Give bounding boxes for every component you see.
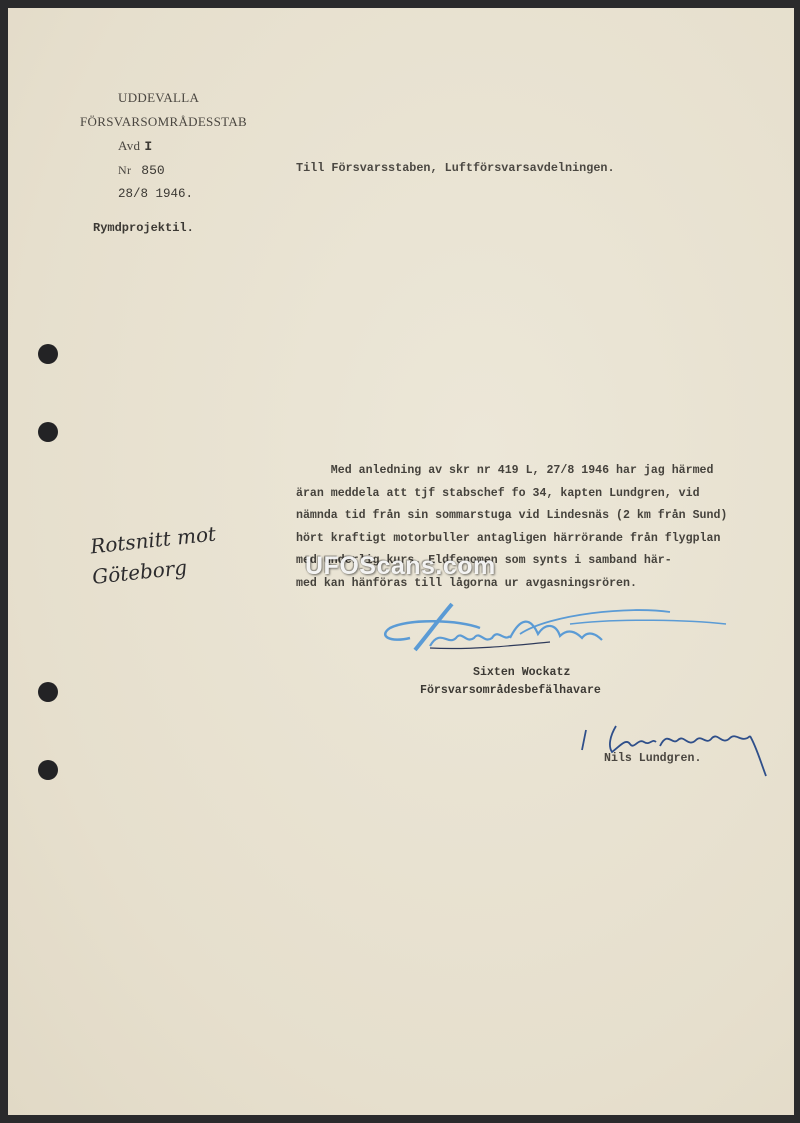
- letterhead-line1: UDDEVALLA: [118, 90, 199, 106]
- body-line: Med anledning av skr nr 419 L, 27/8 1946…: [296, 460, 727, 483]
- nr-value: 850: [141, 163, 164, 178]
- margin-note-line2: Göteborg: [91, 555, 188, 589]
- punch-hole-icon: [38, 760, 58, 780]
- punch-hole-icon: [38, 682, 58, 702]
- body-line: äran meddela att tjf stabschef fo 34, ka…: [296, 483, 727, 506]
- document-subject: Rymdprojektil.: [93, 221, 194, 235]
- document-date: 28/8 1946.: [118, 187, 193, 201]
- signature-lundgren-icon: [580, 716, 780, 786]
- avd-label: Avd: [118, 138, 140, 153]
- watermark: UFOScans.com: [305, 552, 496, 581]
- nr-label: Nr: [118, 163, 131, 177]
- letterhead-line2: FÖRSVARSOMRÅDESSTAB: [80, 114, 247, 130]
- signature-wockatz-icon: [370, 598, 730, 668]
- document-page: UDDEVALLA FÖRSVARSOMRÅDESSTAB Avd I Nr 8…: [8, 8, 794, 1115]
- punch-hole-icon: [38, 344, 58, 364]
- body-line: hört kraftigt motorbuller antagligen här…: [296, 528, 727, 551]
- body-line: nämnda tid från sin sommarstuga vid Lind…: [296, 505, 727, 528]
- nr-field: Nr 850: [118, 161, 165, 179]
- secondary-signatory-name: Nils Lundgren.: [604, 752, 701, 765]
- recipient-line: Till Försvarsstaben, Luftförsvarsavdelni…: [296, 161, 615, 175]
- margin-note-line1: Rotsnitt mot: [89, 521, 217, 558]
- avd-field: Avd I: [118, 137, 152, 155]
- signatory-title: Försvarsområdesbefälhavare: [420, 684, 601, 697]
- avd-value: I: [144, 139, 152, 154]
- signatory-name: Sixten Wockatz: [473, 666, 570, 679]
- punch-hole-icon: [38, 422, 58, 442]
